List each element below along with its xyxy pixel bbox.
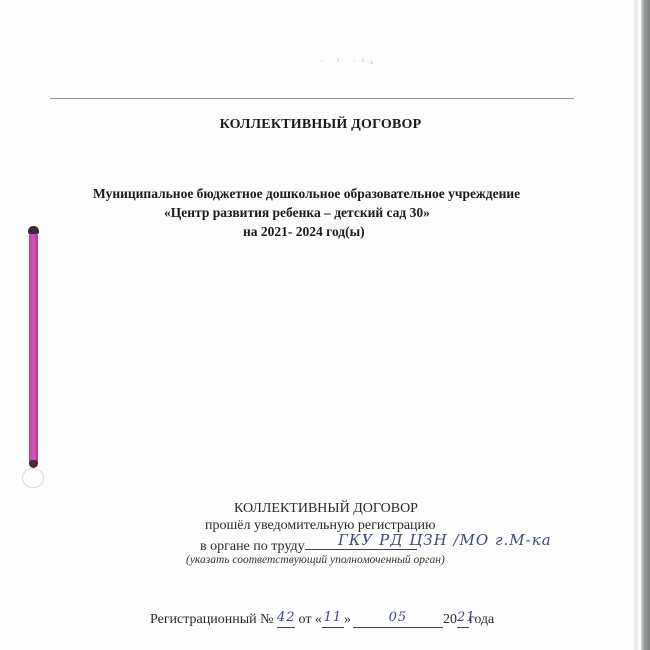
header-rule bbox=[50, 98, 574, 99]
ribbon-band bbox=[29, 232, 38, 464]
registration-number-line: Регистрационный № 42 от «11»052021года bbox=[150, 612, 494, 628]
punch-hole bbox=[22, 468, 44, 488]
organization-type: Муниципальное бюджетное дошкольное образ… bbox=[93, 184, 520, 203]
registration-number-value: 42 bbox=[277, 610, 296, 625]
month-field: 05 bbox=[353, 612, 443, 628]
registration-number-field: 42 bbox=[277, 612, 295, 628]
ribbon-knot-top bbox=[28, 226, 39, 234]
day-field: 11 bbox=[322, 612, 344, 628]
agreement-period: на 2021- 2024 год(ы) bbox=[243, 222, 365, 241]
organ-hint: (указать соответствующий уполномоченный … bbox=[186, 552, 445, 569]
year-value: 21 bbox=[457, 610, 476, 625]
document-page: · ² ·¹ₙ КОЛЛЕКТИВНЫЙ ДОГОВОР Муниципальн… bbox=[0, 0, 641, 650]
registration-title: КОЛЛЕКТИВНЫЙ ДОГОВОР bbox=[234, 500, 418, 517]
day-value: 11 bbox=[324, 610, 343, 625]
page-edge-highlight bbox=[634, 0, 638, 650]
month-value: 05 bbox=[389, 610, 408, 625]
ribbon-knot-bottom bbox=[29, 460, 38, 468]
year-field: 21 bbox=[457, 612, 469, 628]
year-prefix: 20 bbox=[443, 612, 457, 627]
from-label: от « bbox=[299, 612, 322, 627]
document-title: КОЛЛЕКТИВНЫЙ ДОГОВОР bbox=[0, 117, 641, 133]
faint-scan-mark: · ² ·¹ₙ bbox=[320, 57, 380, 66]
organ-handwritten-value: ГКУ РД ЦЗН /МО г.М-ка bbox=[338, 532, 552, 549]
page-edge-shadow bbox=[641, 0, 650, 650]
close-quote: » bbox=[344, 612, 351, 627]
organization-name: «Центр развития ребенка – детский сад 30… bbox=[164, 203, 430, 222]
registration-number-label: Регистрационный № bbox=[150, 612, 274, 627]
binding-ribbon bbox=[26, 226, 40, 472]
